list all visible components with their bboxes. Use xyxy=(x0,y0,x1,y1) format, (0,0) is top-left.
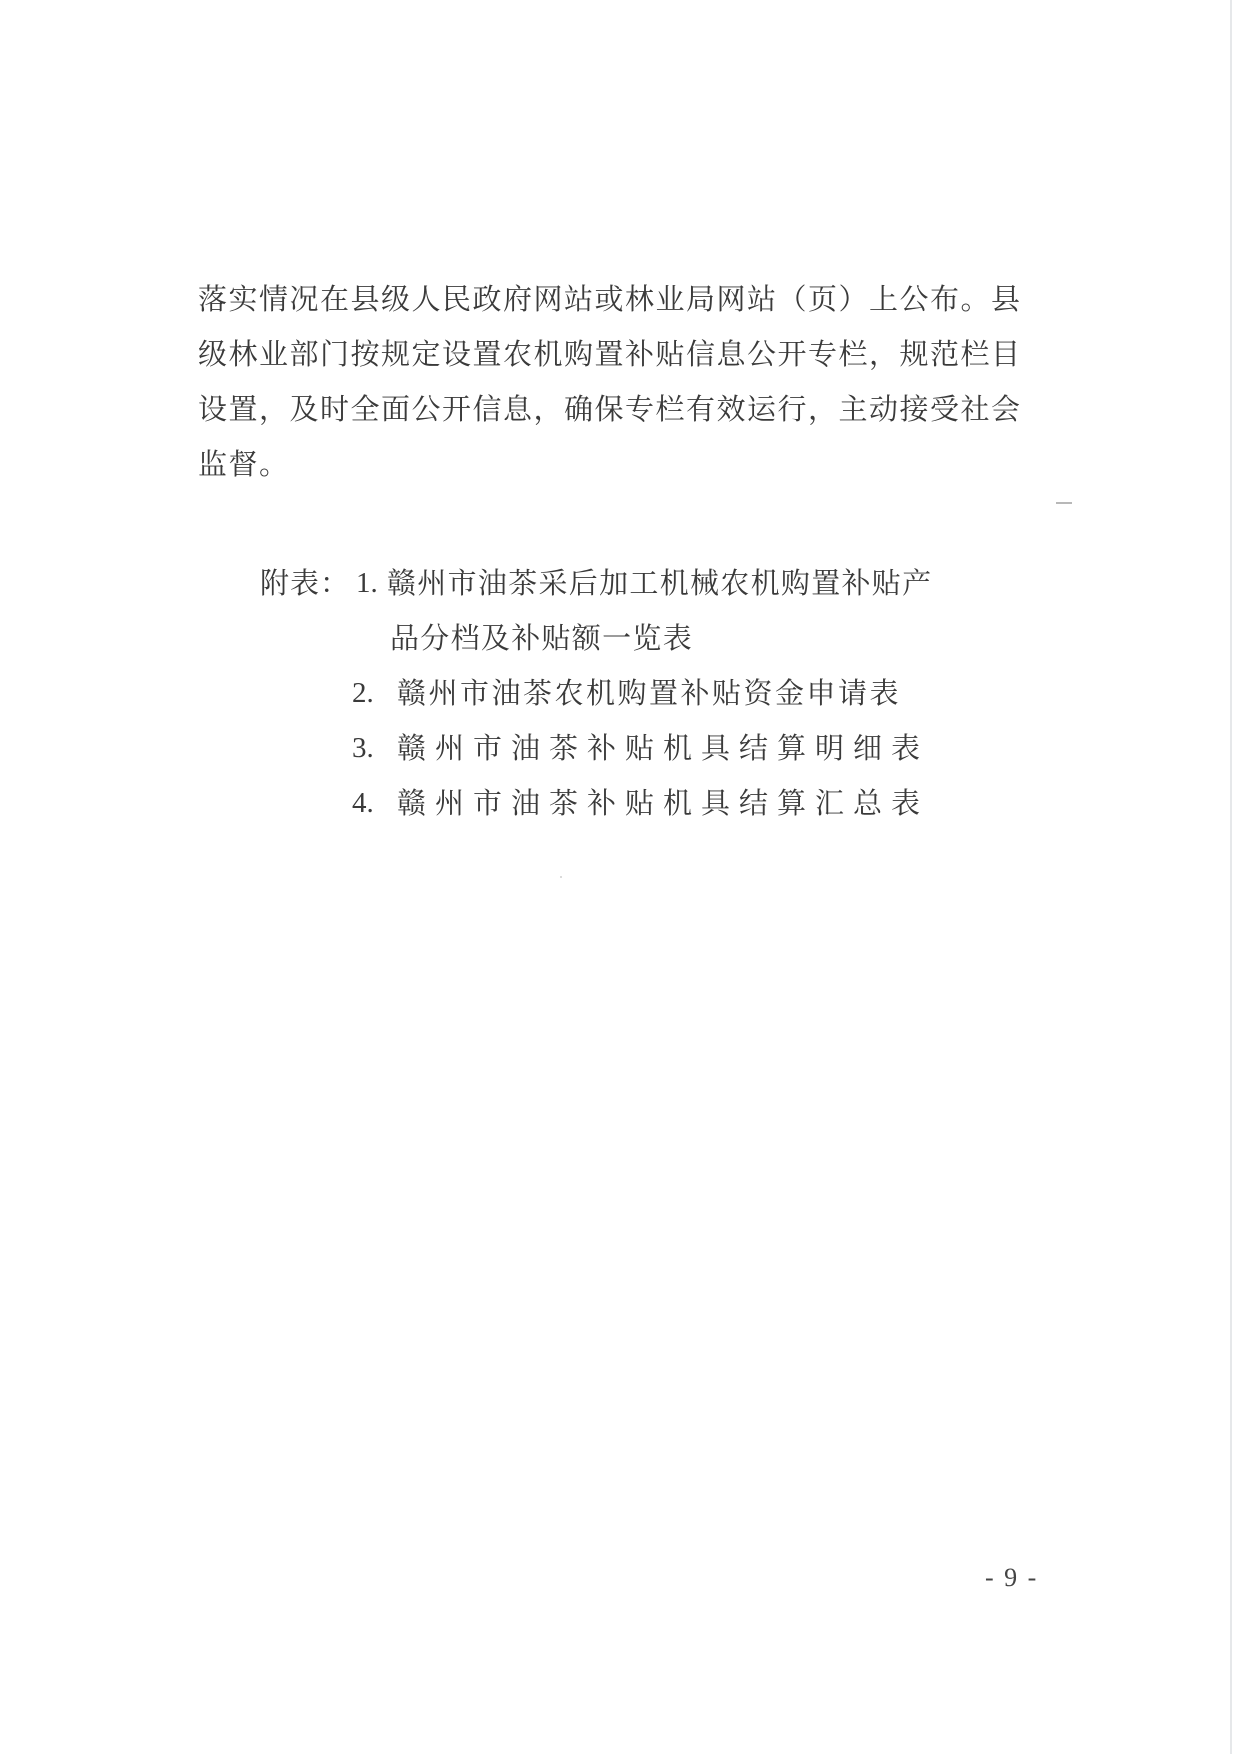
scan-speck xyxy=(560,876,562,878)
appendix-item-1: 附表： 1. 赣州市油茶采后加工机械农机购置补贴产 xyxy=(260,556,1080,611)
appendix-item-number: 3. xyxy=(352,721,374,776)
paragraph-line: 监督。 xyxy=(198,437,1068,492)
scan-artifact-mark xyxy=(1056,502,1072,504)
paragraph-line: 落实情况在县级人民政府网站或林业局网站（页）上公布。县 xyxy=(198,272,1068,327)
appendix-item-number: 2. xyxy=(352,666,374,721)
appendix-item-number: 4. xyxy=(352,776,374,831)
appendix-item-title: 赣州市油茶农机购置补贴资金申请表 xyxy=(397,666,901,721)
appendix-list: 附表： 1. 赣州市油茶采后加工机械农机购置补贴产 品分档及补贴额一览表 2. … xyxy=(260,556,1080,831)
appendix-item-title-continued: 品分档及补贴额一览表 xyxy=(390,611,693,666)
appendix-label: 附表： xyxy=(260,556,350,611)
appendix-item-number: 1. xyxy=(356,556,378,611)
appendix-item-4: 4. 赣州市油茶补贴机具结算汇总表 xyxy=(260,776,1080,831)
appendix-item-title: 赣州市油茶补贴机具结算汇总表 xyxy=(397,776,929,831)
paragraph-line: 设置，及时全面公开信息，确保专栏有效运行，主动接受社会 xyxy=(198,382,1068,437)
appendix-item-2: 2. 赣州市油茶农机购置补贴资金申请表 xyxy=(260,666,1080,721)
body-paragraph: 落实情况在县级人民政府网站或林业局网站（页）上公布。县 级林业部门按规定设置农机… xyxy=(198,272,1068,492)
appendix-item-title: 赣州市油茶补贴机具结算明细表 xyxy=(397,721,929,776)
paragraph-line: 级林业部门按规定设置农机购置补贴信息公开专栏，规范栏目 xyxy=(198,327,1068,382)
scan-edge-line xyxy=(1230,0,1232,1754)
appendix-item-3: 3. 赣州市油茶补贴机具结算明细表 xyxy=(260,721,1080,776)
appendix-item-1-continuation: 品分档及补贴额一览表 xyxy=(260,611,1080,666)
appendix-item-title: 赣州市油茶采后加工机械农机购置补贴产 xyxy=(387,556,932,611)
page-number: - 9 - xyxy=(985,1563,1038,1593)
document-page: 落实情况在县级人民政府网站或林业局网站（页）上公布。县 级林业部门按规定设置农机… xyxy=(0,0,1241,1754)
